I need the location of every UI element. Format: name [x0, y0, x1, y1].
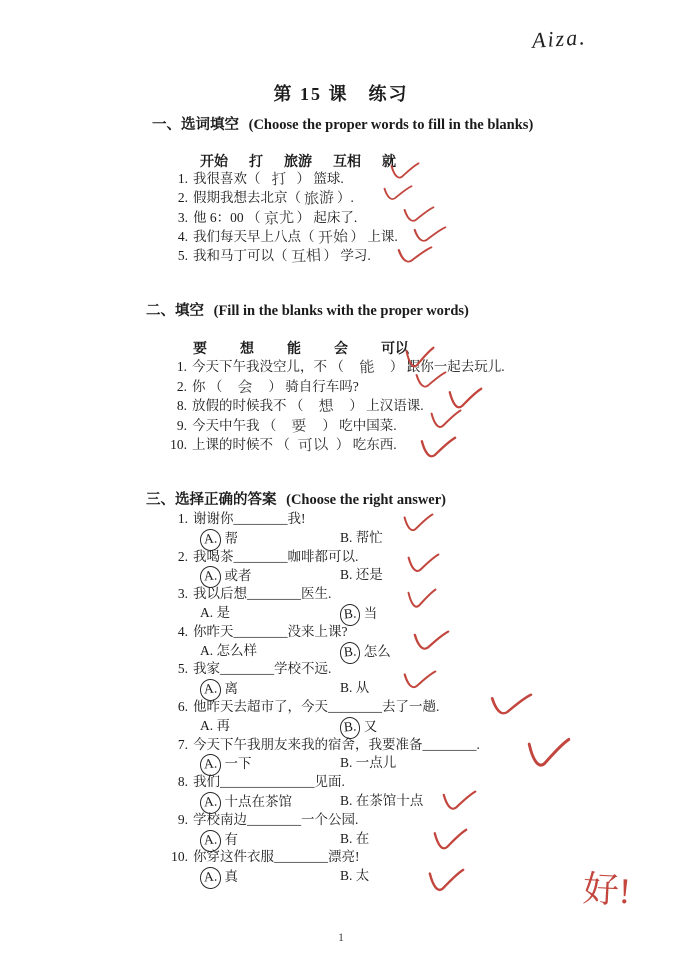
word-bank-word: 会: [334, 342, 348, 357]
fill-item: 5.我和马丁可以（互相） 学习.: [164, 246, 624, 265]
word-bank-word: 开始: [200, 155, 228, 170]
word-bank-word: 想: [240, 342, 254, 357]
option-a: A. 真: [200, 869, 238, 884]
option-a: A. 或者: [200, 568, 252, 583]
option-a-text: 帮: [225, 531, 239, 546]
grader-comment-handwriting: 好!: [582, 861, 633, 914]
options-line: A. 再 B. 又: [200, 717, 664, 736]
handwritten-answer: 打: [260, 172, 297, 188]
option-b-text: 帮忙: [356, 530, 383, 545]
checkmark-icon: [413, 226, 447, 245]
option-a-text: 离: [225, 681, 239, 696]
option-a-text: 有: [225, 832, 239, 847]
word-bank-word: 能: [287, 342, 301, 357]
item-number: 3.: [164, 585, 188, 604]
section1-word-bank: 开始打旅游互相就: [200, 151, 417, 171]
item-number: 7.: [164, 736, 188, 755]
handwritten-answer: 会: [222, 379, 269, 396]
option-b-text: 在: [356, 831, 370, 846]
option-a: A. 十点在茶馆: [200, 794, 292, 809]
item-number: 1.: [163, 357, 187, 377]
section1-heading-cn: 一、选词填空: [152, 117, 239, 133]
choice-item: 3.我以后想________医生. A. 是 B. 当: [164, 585, 664, 623]
question-line: 9.学校南边________一个公园.: [164, 811, 664, 830]
option-a: A. 怎么样: [200, 643, 257, 658]
item-text-post: ）.: [337, 190, 354, 205]
option-b-text: 在茶馆十点: [356, 793, 424, 808]
checkmark-icon: [490, 693, 533, 719]
page-title: 第 15 课 练习: [0, 80, 682, 106]
choice-item: 6.他昨天去超市了，今天________去了一趟. A. 再 B. 又: [164, 698, 664, 736]
option-b: B. 在: [340, 830, 369, 849]
option-b-label: B.: [340, 529, 352, 548]
option-a-label: A.: [200, 604, 213, 623]
option-b-text: 怎么: [364, 644, 391, 659]
question-text: 我以后想________医生.: [193, 586, 331, 601]
option-b-label: B.: [340, 566, 352, 585]
item-number: 5.: [164, 660, 188, 679]
option-b-label: B.: [340, 679, 352, 698]
option-a-label: A.: [200, 642, 213, 661]
item-text-pre: 放假的时候我不 （: [192, 398, 303, 413]
fill-item: 2.假期我想去北京（旅游）.: [164, 188, 624, 207]
item-number: 4.: [164, 623, 188, 642]
option-a: A. 帮: [200, 531, 238, 546]
section3-heading: 三、选择正确的答案 (Choose the right answer): [146, 488, 446, 509]
choice-item: 4.你昨天________没来上课? A. 怎么样 B. 怎么: [164, 623, 664, 661]
item-number: 10.: [164, 848, 188, 867]
item-number: 2.: [164, 188, 188, 207]
question-line: 8.我们______________见面.: [164, 773, 664, 792]
handwritten-answer: 互相: [287, 249, 324, 265]
item-text-pre: 假期我想去北京（: [193, 190, 301, 205]
page-number: 1: [0, 930, 682, 945]
checkmark-icon: [415, 371, 447, 391]
option-a-text: 十点在茶馆: [225, 794, 293, 809]
question-text: 他昨天去超市了，今天________去了一趟.: [193, 699, 439, 714]
question-text: 我喝茶________咖啡都可以.: [193, 549, 358, 564]
choice-item: 2.我喝茶________咖啡都可以. A. 或者 B. 还是: [164, 548, 664, 586]
fill-item: 1.今天下午我没空儿，不 （能） 跟你一起去玩儿.: [163, 357, 643, 377]
checkmark-icon: [407, 588, 437, 612]
option-b-text: 还是: [356, 567, 383, 582]
option-b-text: 从: [356, 680, 370, 695]
option-a: A. 离: [200, 681, 238, 696]
handwritten-answer: 可以: [290, 437, 337, 454]
fill-item: 10.上课的时候不 （可以） 吃东西.: [163, 435, 643, 455]
option-b-label: B.: [340, 830, 352, 849]
option-b-text: 又: [364, 719, 378, 734]
item-text-pre: 今天中午我 （: [192, 418, 276, 433]
item-text-pre: 你 （: [192, 379, 222, 394]
question-line: 7.今天下午我朋友来我的宿舍，我要准备________.: [164, 736, 664, 755]
checkmark-icon: [403, 206, 435, 225]
checkmark-icon: [527, 737, 571, 773]
item-number: 6.: [164, 698, 188, 717]
word-bank-word: 要: [193, 342, 207, 357]
option-b-text: 当: [364, 606, 378, 621]
section1-items: 1.我很喜欢（打） 篮球. 2.假期我想去北京（旅游）. 3.他 6：00 （京…: [164, 169, 624, 265]
option-b: B. 从: [340, 679, 369, 698]
option-b: B. 在茶馆十点: [340, 792, 423, 811]
student-name-handwriting: Aiza.: [531, 24, 587, 54]
fill-item: 9.今天中午我 （要） 吃中国菜.: [163, 416, 643, 436]
item-number: 4.: [164, 227, 188, 246]
item-text-post: ） 篮球.: [297, 171, 344, 186]
handwritten-answer: 京尤: [260, 210, 297, 226]
item-number: 8.: [164, 773, 188, 792]
section2-items: 1.今天下午我没空儿，不 （能） 跟你一起去玩儿. 2.你 （会） 骑自行车吗?…: [163, 357, 643, 455]
handwritten-answer: 想: [303, 398, 350, 415]
option-b-label: B.: [340, 792, 352, 811]
section1-heading: 一、选词填空 (Choose the proper words to fill …: [152, 113, 533, 134]
choice-item: 1.谢谢你________我! A. 帮 B. 帮忙: [164, 510, 664, 548]
section3-items: 1.谢谢你________我! A. 帮 B. 帮忙 2.我喝茶________…: [164, 510, 664, 886]
item-text-post: ） 吃东西.: [336, 437, 397, 452]
question-text: 你昨天________没来上课?: [193, 624, 348, 639]
word-bank-word: 打: [249, 155, 263, 170]
handwritten-answer: 能: [344, 359, 391, 376]
question-text: 我们______________见面.: [193, 774, 345, 789]
question-line: 6.他昨天去超市了，今天________去了一趟.: [164, 698, 664, 717]
item-text-pre: 我和马丁可以（: [193, 248, 288, 263]
checkmark-icon: [403, 513, 434, 535]
item-text-pre: 他 6：00 （: [193, 210, 261, 225]
section2-heading-en: (Fill in the blanks with the proper word…: [214, 303, 469, 319]
option-a: A. 再: [200, 718, 230, 733]
item-text-post: ） 吃中国菜.: [322, 418, 396, 433]
checkmark-icon: [405, 346, 435, 372]
item-number: 2.: [164, 548, 188, 567]
item-text-pre: 我们每天早上八点（: [193, 229, 315, 244]
handwritten-answer: 开始: [314, 230, 351, 246]
item-number: 3.: [164, 208, 188, 227]
item-text-post: ） 学习.: [324, 248, 371, 263]
option-b: B. 还是: [340, 566, 383, 585]
question-text: 谢谢你________我!: [193, 511, 306, 526]
fill-item: 2.你 （会） 骑自行车吗?: [163, 377, 643, 397]
checkmark-icon: [383, 185, 413, 203]
word-bank-word: 旅游: [284, 155, 312, 170]
fill-item: 8.放假的时候我不 （想） 上汉语课.: [163, 396, 643, 416]
item-text-post: ） 上课.: [351, 229, 398, 244]
option-b: B. 一点儿: [340, 754, 396, 773]
choice-item: 8.我们______________见面. A. 十点在茶馆 B. 在茶馆十点: [164, 773, 664, 811]
section2-heading-cn: 二、填空: [146, 303, 204, 319]
checkmark-icon: [397, 246, 433, 266]
handwritten-answer: 要: [276, 418, 323, 435]
option-b: B. 帮忙: [340, 529, 383, 548]
option-a-text: 怎么样: [217, 643, 258, 658]
item-text-post: ） 起床了.: [297, 210, 358, 225]
option-a: A. 是: [200, 605, 230, 620]
option-a: A. 有: [200, 832, 238, 847]
item-text-pre: 上课的时候不 （: [192, 437, 290, 452]
option-a-label: A.: [199, 866, 222, 890]
item-text-post: ） 上汉语课.: [349, 398, 423, 413]
item-number: 1.: [164, 169, 188, 188]
section1-heading-en: (Choose the proper words to fill in the …: [249, 117, 534, 133]
item-number: 1.: [164, 510, 188, 529]
handwritten-answer: 旅游: [301, 191, 338, 207]
item-text-pre: 我很喜欢（: [193, 171, 261, 186]
option-b-label: B.: [340, 754, 352, 773]
item-number: 9.: [163, 416, 187, 436]
section3-heading-en: (Choose the right answer): [286, 492, 446, 508]
checkmark-icon: [420, 436, 457, 462]
checkmark-icon: [407, 553, 440, 576]
item-number: 10.: [163, 435, 187, 455]
section3-heading-cn: 三、选择正确的答案: [146, 492, 277, 508]
option-a-text: 再: [217, 718, 231, 733]
choice-item: 7.今天下午我朋友来我的宿舍，我要准备________. A. 一下 B. 一点…: [164, 736, 664, 774]
item-text-post: ） 骑自行车吗?: [268, 379, 358, 394]
choice-item: 9.学校南边________一个公园. A. 有 B. 在: [164, 811, 664, 849]
option-b-label: B.: [340, 867, 352, 886]
item-number: 8.: [163, 396, 187, 416]
option-a-label: A.: [200, 717, 213, 736]
question-text: 今天下午我朋友来我的宿舍，我要准备________.: [193, 737, 480, 752]
word-bank-word: 互相: [333, 155, 361, 170]
section2-heading: 二、填空 (Fill in the blanks with the proper…: [146, 299, 469, 320]
checkmark-icon: [428, 868, 465, 896]
item-number: 2.: [163, 377, 187, 397]
item-number: 5.: [164, 246, 188, 265]
item-text-pre: 今天下午我没空儿，不 （: [192, 359, 344, 374]
worksheet-page: Aiza. 第 15 课 练习 一、选词填空 (Choose the prope…: [0, 0, 682, 968]
option-b-text: 一点儿: [356, 755, 397, 770]
fill-item: 4.我们每天早上八点（开始） 上课.: [164, 227, 624, 246]
option-a-text: 真: [225, 869, 239, 884]
question-text: 我家________学校不远.: [193, 661, 331, 676]
option-a: A. 一下: [200, 756, 252, 771]
fill-item: 3.他 6：00 （京尤） 起床了.: [164, 208, 624, 227]
option-b: B. 太: [340, 867, 369, 886]
choice-item: 5.我家________学校不远. A. 离 B. 从: [164, 660, 664, 698]
checkmark-icon: [390, 162, 420, 182]
option-a-text: 一下: [225, 756, 252, 771]
option-b-text: 太: [356, 868, 370, 883]
checkmark-icon: [413, 630, 450, 654]
question-text: 你穿这件衣服________漂亮!: [193, 849, 360, 864]
option-a-text: 或者: [225, 568, 252, 583]
checkmark-icon: [430, 409, 462, 432]
item-number: 9.: [164, 811, 188, 830]
option-a-text: 是: [217, 605, 231, 620]
checkmark-icon: [403, 670, 437, 692]
question-text: 学校南边________一个公园.: [193, 812, 358, 827]
